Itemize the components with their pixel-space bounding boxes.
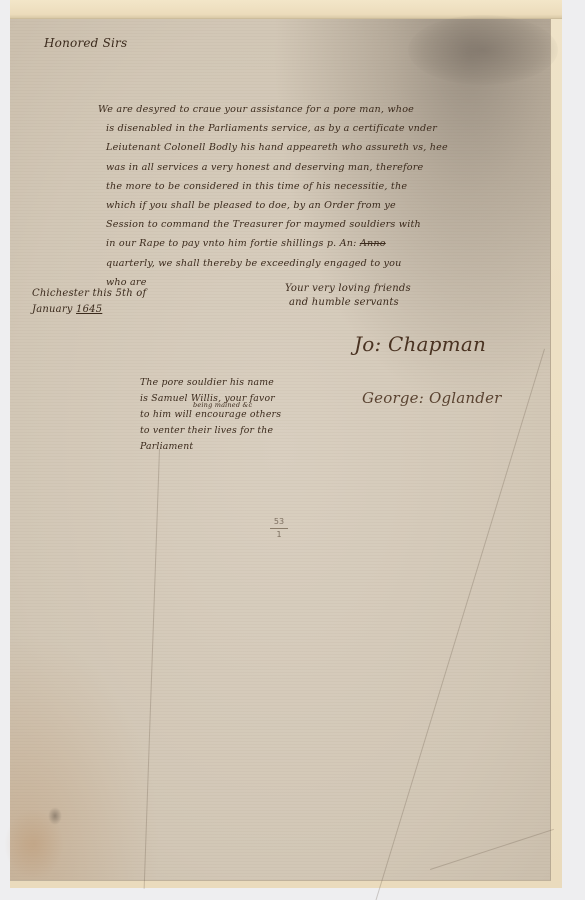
valediction: Your very loving friends and humble serv… [285,282,411,310]
archival-folio-mark: 53 1 [270,517,288,540]
postscript: The pore souldier his name is Samuel Wil… [140,375,281,455]
body-line-8-text: in our Rape to pay vnto him fortie shill… [106,238,357,249]
struck-word: Anno [360,238,386,249]
body-line-3: Leiutenant Colonell Bodly his hand appea… [98,138,563,157]
body-line-4: was in all services a very honest and de… [98,158,563,177]
body-line-1: We are desyred to craue your assistance … [98,100,563,119]
fold-line-lower [430,829,554,870]
dateline: Chichester this 5th of January 1645 [32,286,146,318]
dateline-month: January [32,304,73,315]
fold-line-vertical [144,449,160,889]
postscript-line-4: to venter their lives for the [140,423,281,439]
folio-number: 53 [274,517,284,526]
fold-line-diagonal [374,349,545,900]
postscript-interlinear-insert: being mained &c [193,397,252,413]
signature-oglander: George: Oglander [362,389,502,407]
dateline-date: January 1645 [32,302,146,318]
dateline-year: 1645 [76,304,102,315]
valediction-line-2: and humble servants [285,296,411,310]
valediction-line-1: Your very loving friends [285,283,411,294]
body-line-5: the more to be considered in this time o… [98,177,563,196]
body-line-9: quarterly, we shall thereby be exceeding… [98,254,563,273]
body-line-7: Session to command the Treasurer for may… [98,215,563,234]
tear-mark [48,807,62,825]
signature-chapman: Jo: Chapman [354,332,486,356]
letter-body: We are desyred to craue your assistance … [98,100,563,292]
body-line-6: which if you shall be pleased to doe, by… [98,196,563,215]
postscript-line-1: The pore souldier his name [140,375,281,391]
postscript-line-5: Parliament [140,439,281,455]
folio-divider [270,528,288,529]
body-line-2: is disenabled in the Parliaments service… [98,119,563,138]
folio-subnumber: 1 [276,530,281,539]
body-line-8: in our Rape to pay vnto him fortie shill… [98,234,563,253]
salutation: Honored Sirs [44,36,127,50]
dateline-place: Chichester this 5th of [32,286,146,302]
water-stain-top-right [408,15,558,85]
